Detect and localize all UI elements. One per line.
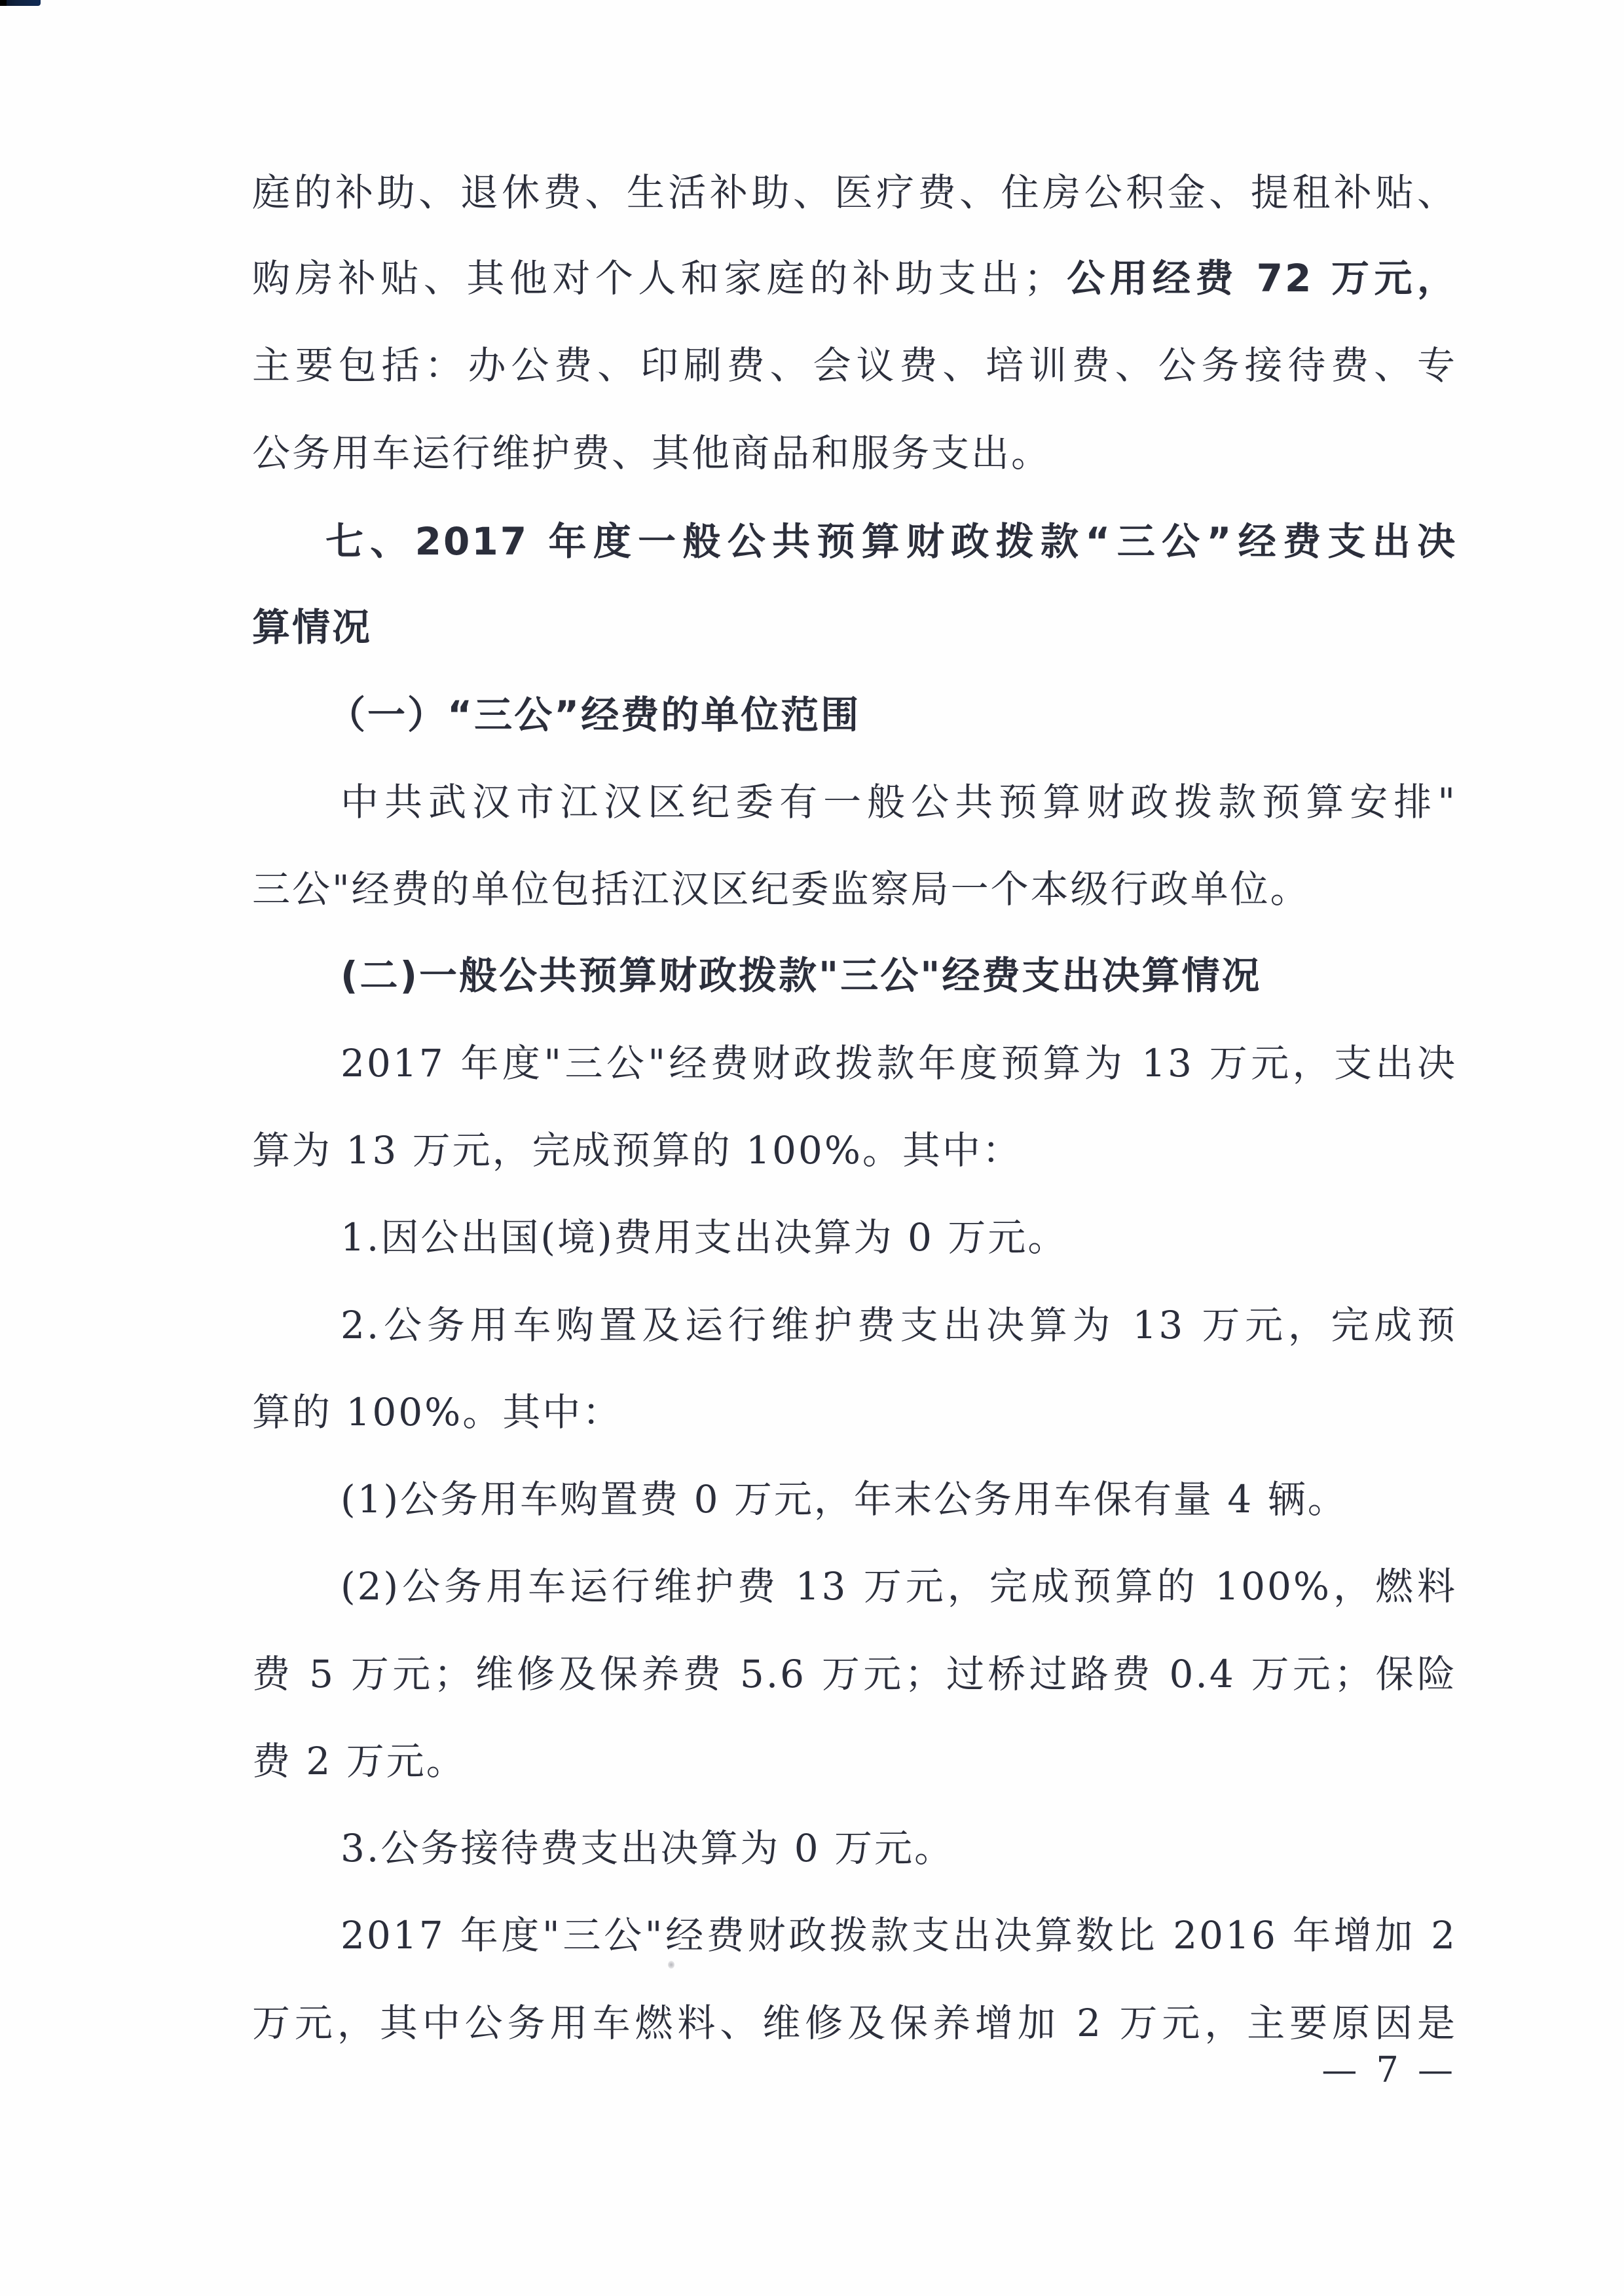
body-line-12: 算为 13 万元，完成预算的 100%。其中：: [252, 1124, 1457, 1176]
list-item-1: 1.因公出国(境)费用支出决算为 0 万元。: [341, 1211, 1457, 1264]
body-line-22: 万元，其中公务用车燃料、维修及保养增加 2 万元，主要原因是: [252, 1997, 1457, 2049]
body-line-2: 购房补贴、其他对个人和家庭的补助支出；公用经费 72 万元，: [252, 252, 1457, 304]
body-line-4: 公务用车运行维护费、其他商品和服务支出。: [252, 427, 1457, 479]
section-7-heading-line-2: 算情况: [252, 601, 1457, 653]
section-7-heading-line-1: 七、2017 年度一般公共预算财政拨款“三公”经费支出决: [325, 515, 1457, 568]
list-item-2-line-2: 算的 100%。其中：: [252, 1386, 1457, 1438]
scan-edge-artifact: [0, 0, 41, 6]
document-page: 庭的补助、退休费、生活补助、医疗费、住房公积金、提租补贴、 购房补贴、其他对个人…: [0, 0, 1624, 2296]
body-line-3: 主要包括：办公费、印刷费、会议费、培训费、公务接待费、专: [252, 339, 1457, 392]
scan-speck: [668, 1961, 674, 1969]
sub-item-2-line-3: 费 2 万元。: [252, 1735, 1457, 1787]
page-number: — 7 —: [1321, 2050, 1457, 2090]
body-line-21: 2017 年度"三公"经费财政拨款支出决算数比 2016 年增加 2: [341, 1909, 1457, 1961]
body-line-8: 中共武汉市江汉区纪委有一般公共预算财政拨款预算安排": [341, 776, 1457, 828]
subsection-1-heading: （一）“三公”经费的单位范围: [327, 689, 1457, 741]
body-line-1: 庭的补助、退休费、生活补助、医疗费、住房公积金、提租补贴、: [252, 166, 1457, 219]
sub-item-2-line-1: (2)公务用车运行维护费 13 万元，完成预算的 100%，燃料: [341, 1560, 1457, 1613]
sub-item-1: (1)公务用车购置费 0 万元，年末公务用车保有量 4 辆。: [341, 1473, 1457, 1525]
public-funds-amount: 公用经费 72 万元，: [1064, 256, 1457, 301]
body-line-11: 2017 年度"三公"经费财政拨款年度预算为 13 万元，支出决: [341, 1037, 1457, 1089]
list-item-3: 3.公务接待费支出决算为 0 万元。: [341, 1822, 1457, 1874]
sub-item-2-line-2: 费 5 万元；维修及保养费 5.6 万元；过桥过路费 0.4 万元；保险: [252, 1648, 1457, 1700]
body-line-9: 三公"经费的单位包括江汉区纪委监察局一个本级行政单位。: [252, 863, 1457, 915]
subsection-2-heading: (二)一般公共预算财政拨款"三公"经费支出决算情况: [341, 949, 1457, 1002]
body-line-2-text: 购房补贴、其他对个人和家庭的补助支出；: [252, 256, 1064, 301]
list-item-2-line-1: 2.公务用车购置及运行维护费支出决算为 13 万元，完成预: [341, 1299, 1457, 1351]
